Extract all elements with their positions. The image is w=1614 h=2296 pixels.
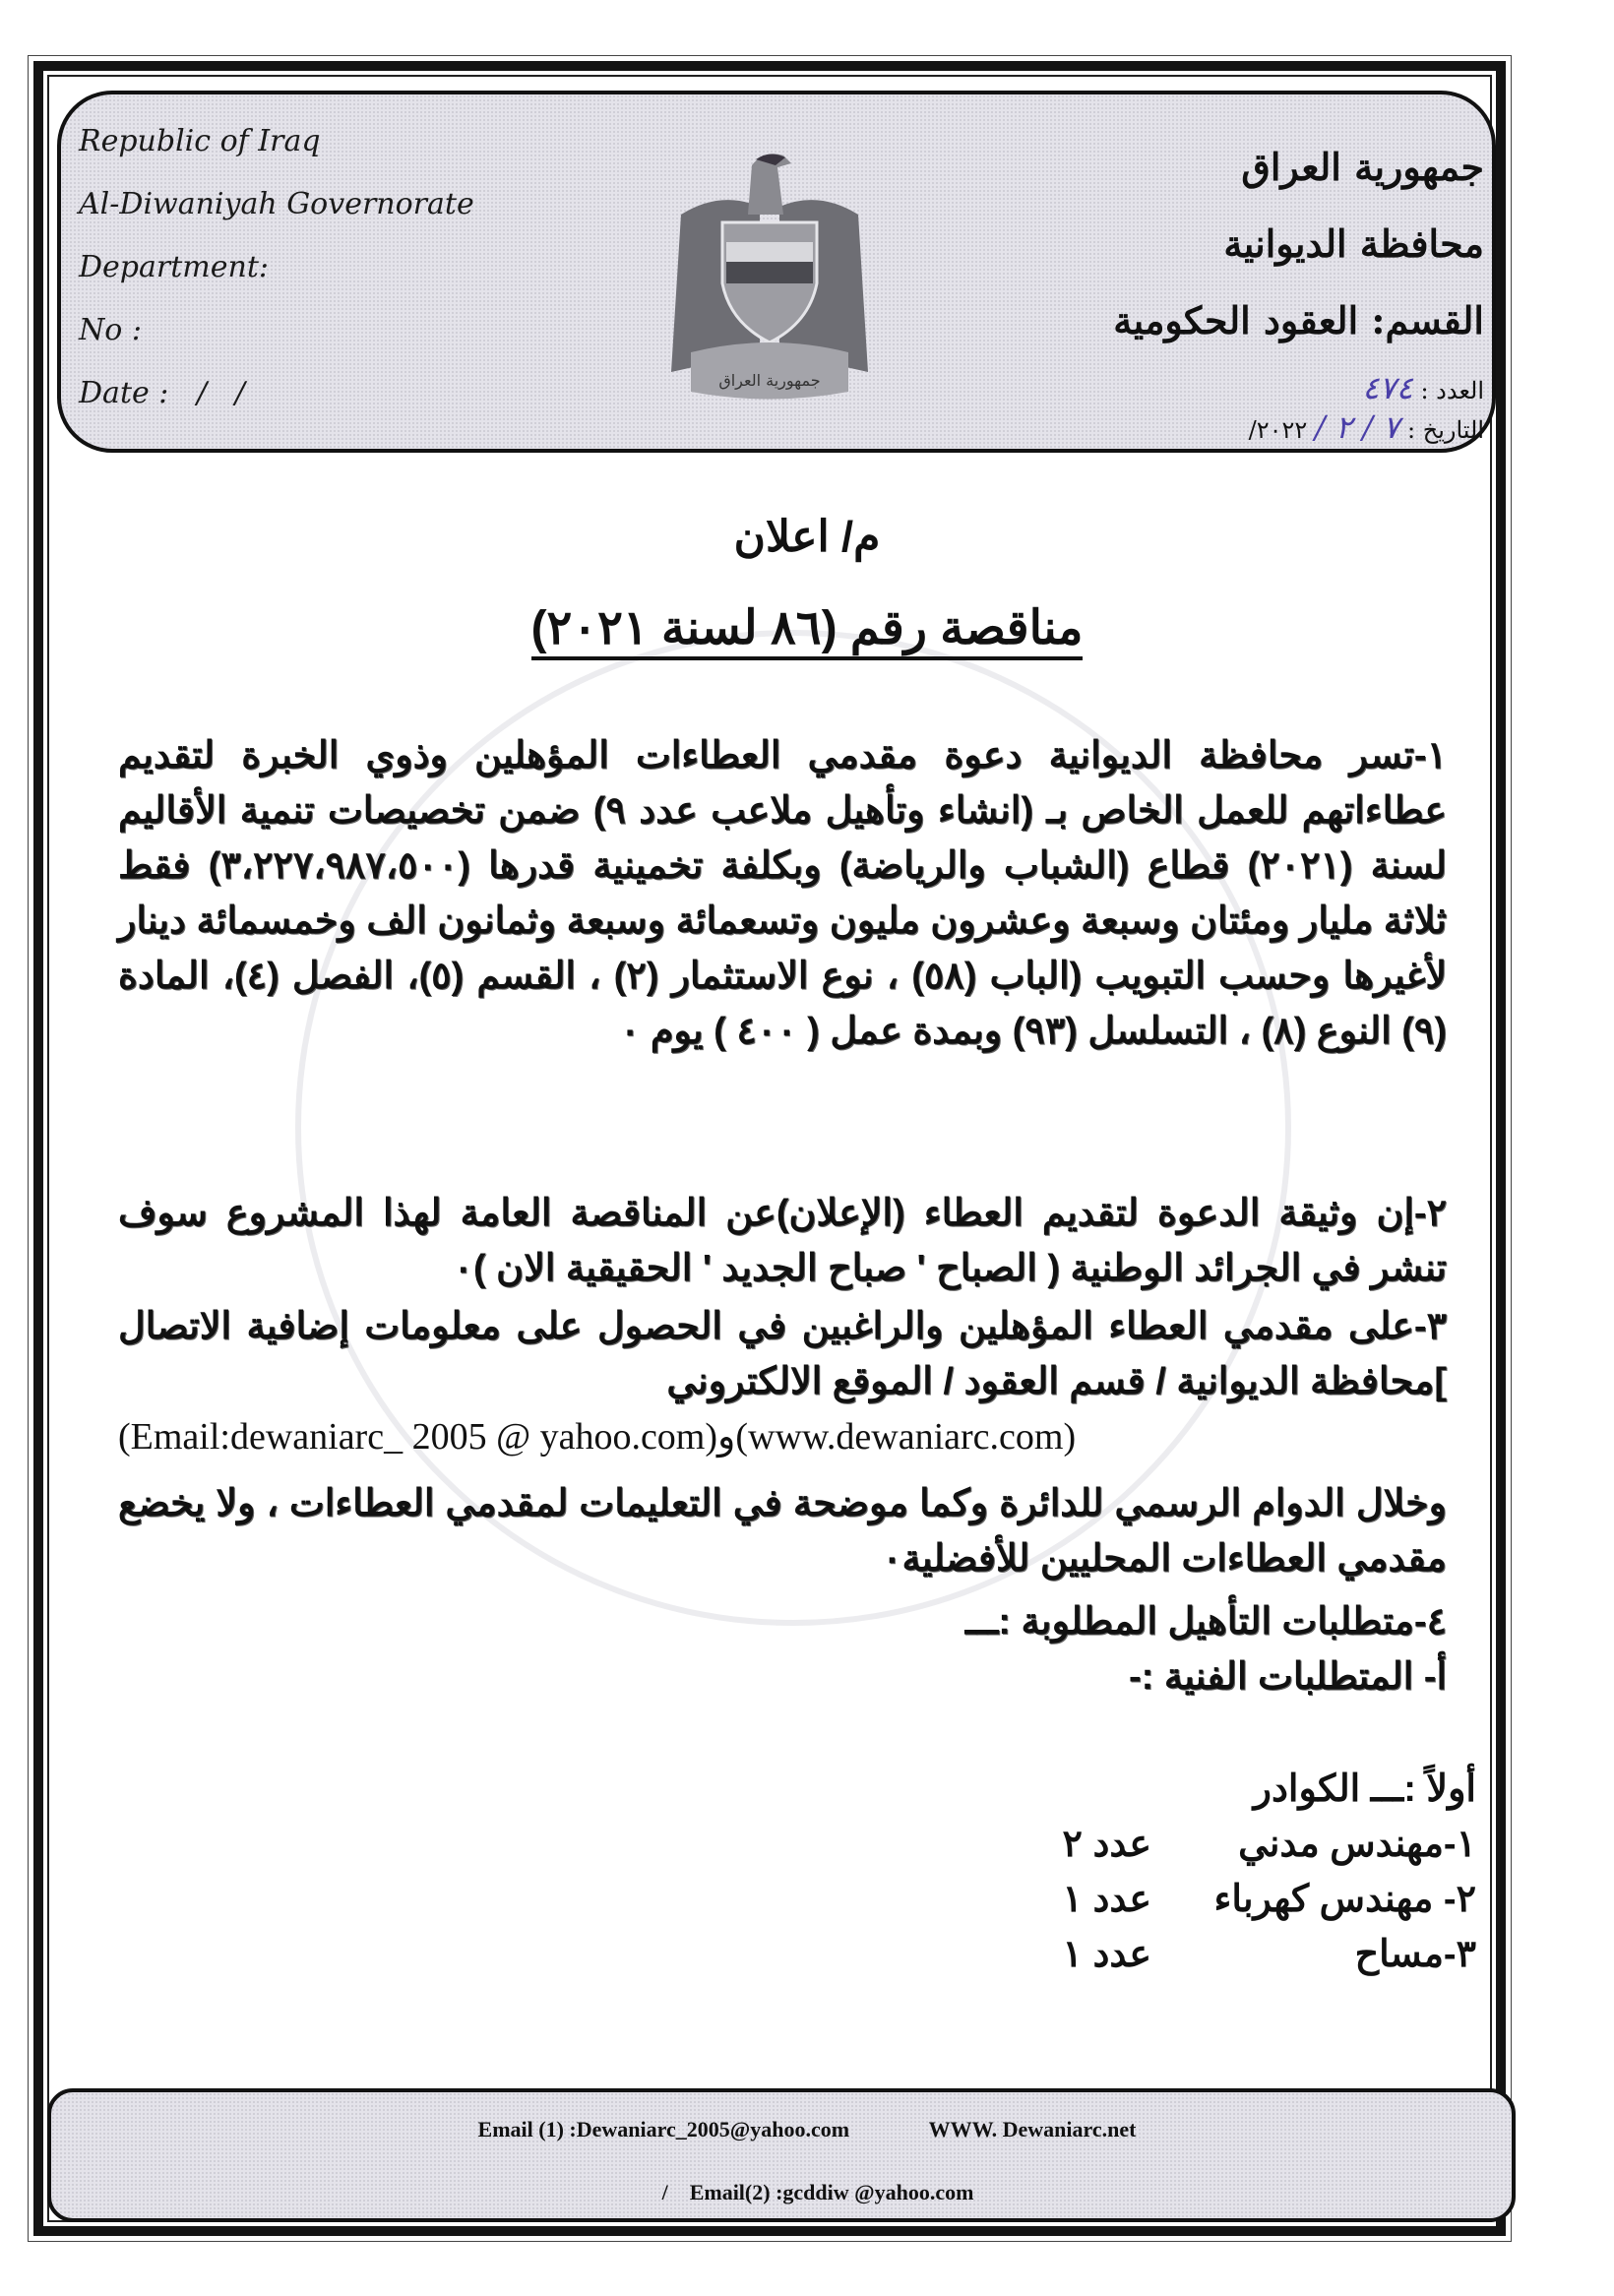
paragraph-2: ٢-إن وثيقة الدعوة لتقديم العطاء (الإعلان…	[118, 1186, 1447, 1296]
number-label-ar: العدد :	[1420, 377, 1484, 404]
iraq-emblem-icon: جمهورية العراق	[661, 146, 878, 411]
section-4-heading: ٤-متطلبات التأهيل المطلوبة :ـــ	[118, 1594, 1447, 1649]
cadre-count: عدد ٢	[955, 1817, 1151, 1872]
paragraph-3: ٣-على مقدمي العطاء المؤهلين والراغبين في…	[118, 1299, 1447, 1464]
footer-website: WWW. Dewaniarc.net	[929, 2117, 1137, 2141]
paragraph-3-text: ٣-على مقدمي العطاء المؤهلين والراغبين في…	[118, 1299, 1447, 1409]
department-ar: القسم: العقود الحكومية	[1051, 291, 1484, 368]
date-label-en: Date : / /	[79, 374, 551, 437]
svg-text:جمهورية العراق: جمهورية العراق	[718, 371, 820, 391]
footer-email-2: / Email(2) :gcddiw @yahoo.com	[662, 2180, 974, 2204]
number-row: العدد : ٤٧٤	[1051, 368, 1484, 407]
tender-title: مناقصة رقم (٨٦ لسنة ٢٠٢١)	[0, 600, 1614, 655]
tender-title-text: مناقصة رقم (٨٦ لسنة ٢٠٢١)	[531, 602, 1084, 660]
number-value: ٤٧٤	[1362, 369, 1413, 406]
paragraph-3-continued: وخلال الدوام الرسمي للدائرة وكما موضحة ف…	[118, 1476, 1447, 1586]
letterhead-arabic: جمهورية العراق محافظة الديوانية القسم: ا…	[1051, 138, 1484, 447]
governorate-ar: محافظة الديوانية	[1051, 215, 1484, 291]
cadre-count: عدد ١	[955, 1927, 1151, 1982]
contact-emails: (Email:dewaniarc_ 2005 @ yahoo.com)و(www…	[118, 1409, 1447, 1464]
footer-email-1: Email (1) :Dewaniarc_2005@yahoo.com	[478, 2117, 850, 2141]
cadre-role: ١-مهندس مدني	[1151, 1817, 1476, 1872]
department-label-en: Department:	[79, 248, 551, 311]
cadre-list: أولاً :ـــ الكوادر ١-مهندس مدني عدد ٢ ٢-…	[886, 1762, 1476, 1982]
date-value: ٧ / ٢ /	[1315, 408, 1399, 446]
date-row: التاريخ : ٧ / ٢ / ٢٠٢٢/	[1051, 407, 1484, 447]
cadre-count: عدد ١	[955, 1872, 1151, 1927]
footer-contacts: Email (1) :Dewaniarc_2005@yahoo.com WWW.…	[0, 2114, 1614, 2177]
subject-line: م/ اعلان	[0, 512, 1614, 562]
section-4a-heading: أ- المتطلبات الفنية :-	[118, 1649, 1447, 1705]
country-en: Republic of Iraq	[79, 122, 551, 185]
cadre-row: ٣-مساح عدد ١	[886, 1927, 1476, 1982]
date-year: ٢٠٢٢/	[1249, 416, 1308, 444]
date-label-ar: التاريخ :	[1407, 416, 1484, 444]
cadre-row: ١-مهندس مدني عدد ٢	[886, 1817, 1476, 1872]
cadre-role: ٢- مهندس كهرباء	[1151, 1872, 1476, 1927]
number-label-en: No :	[79, 311, 551, 374]
paragraph-1: ١-تسر محافظة الديوانية دعوة مقدمي العطاء…	[118, 728, 1447, 1059]
cadre-role: ٣-مساح	[1151, 1927, 1476, 1982]
cadre-row: ٢- مهندس كهرباء عدد ١	[886, 1872, 1476, 1927]
country-ar: جمهورية العراق	[1051, 138, 1484, 215]
cadre-heading: أولاً :ـــ الكوادر	[886, 1762, 1476, 1817]
governorate-en: Al-Diwaniyah Governorate	[79, 185, 551, 248]
letterhead-english: Republic of Iraq Al-Diwaniyah Governorat…	[79, 122, 551, 437]
